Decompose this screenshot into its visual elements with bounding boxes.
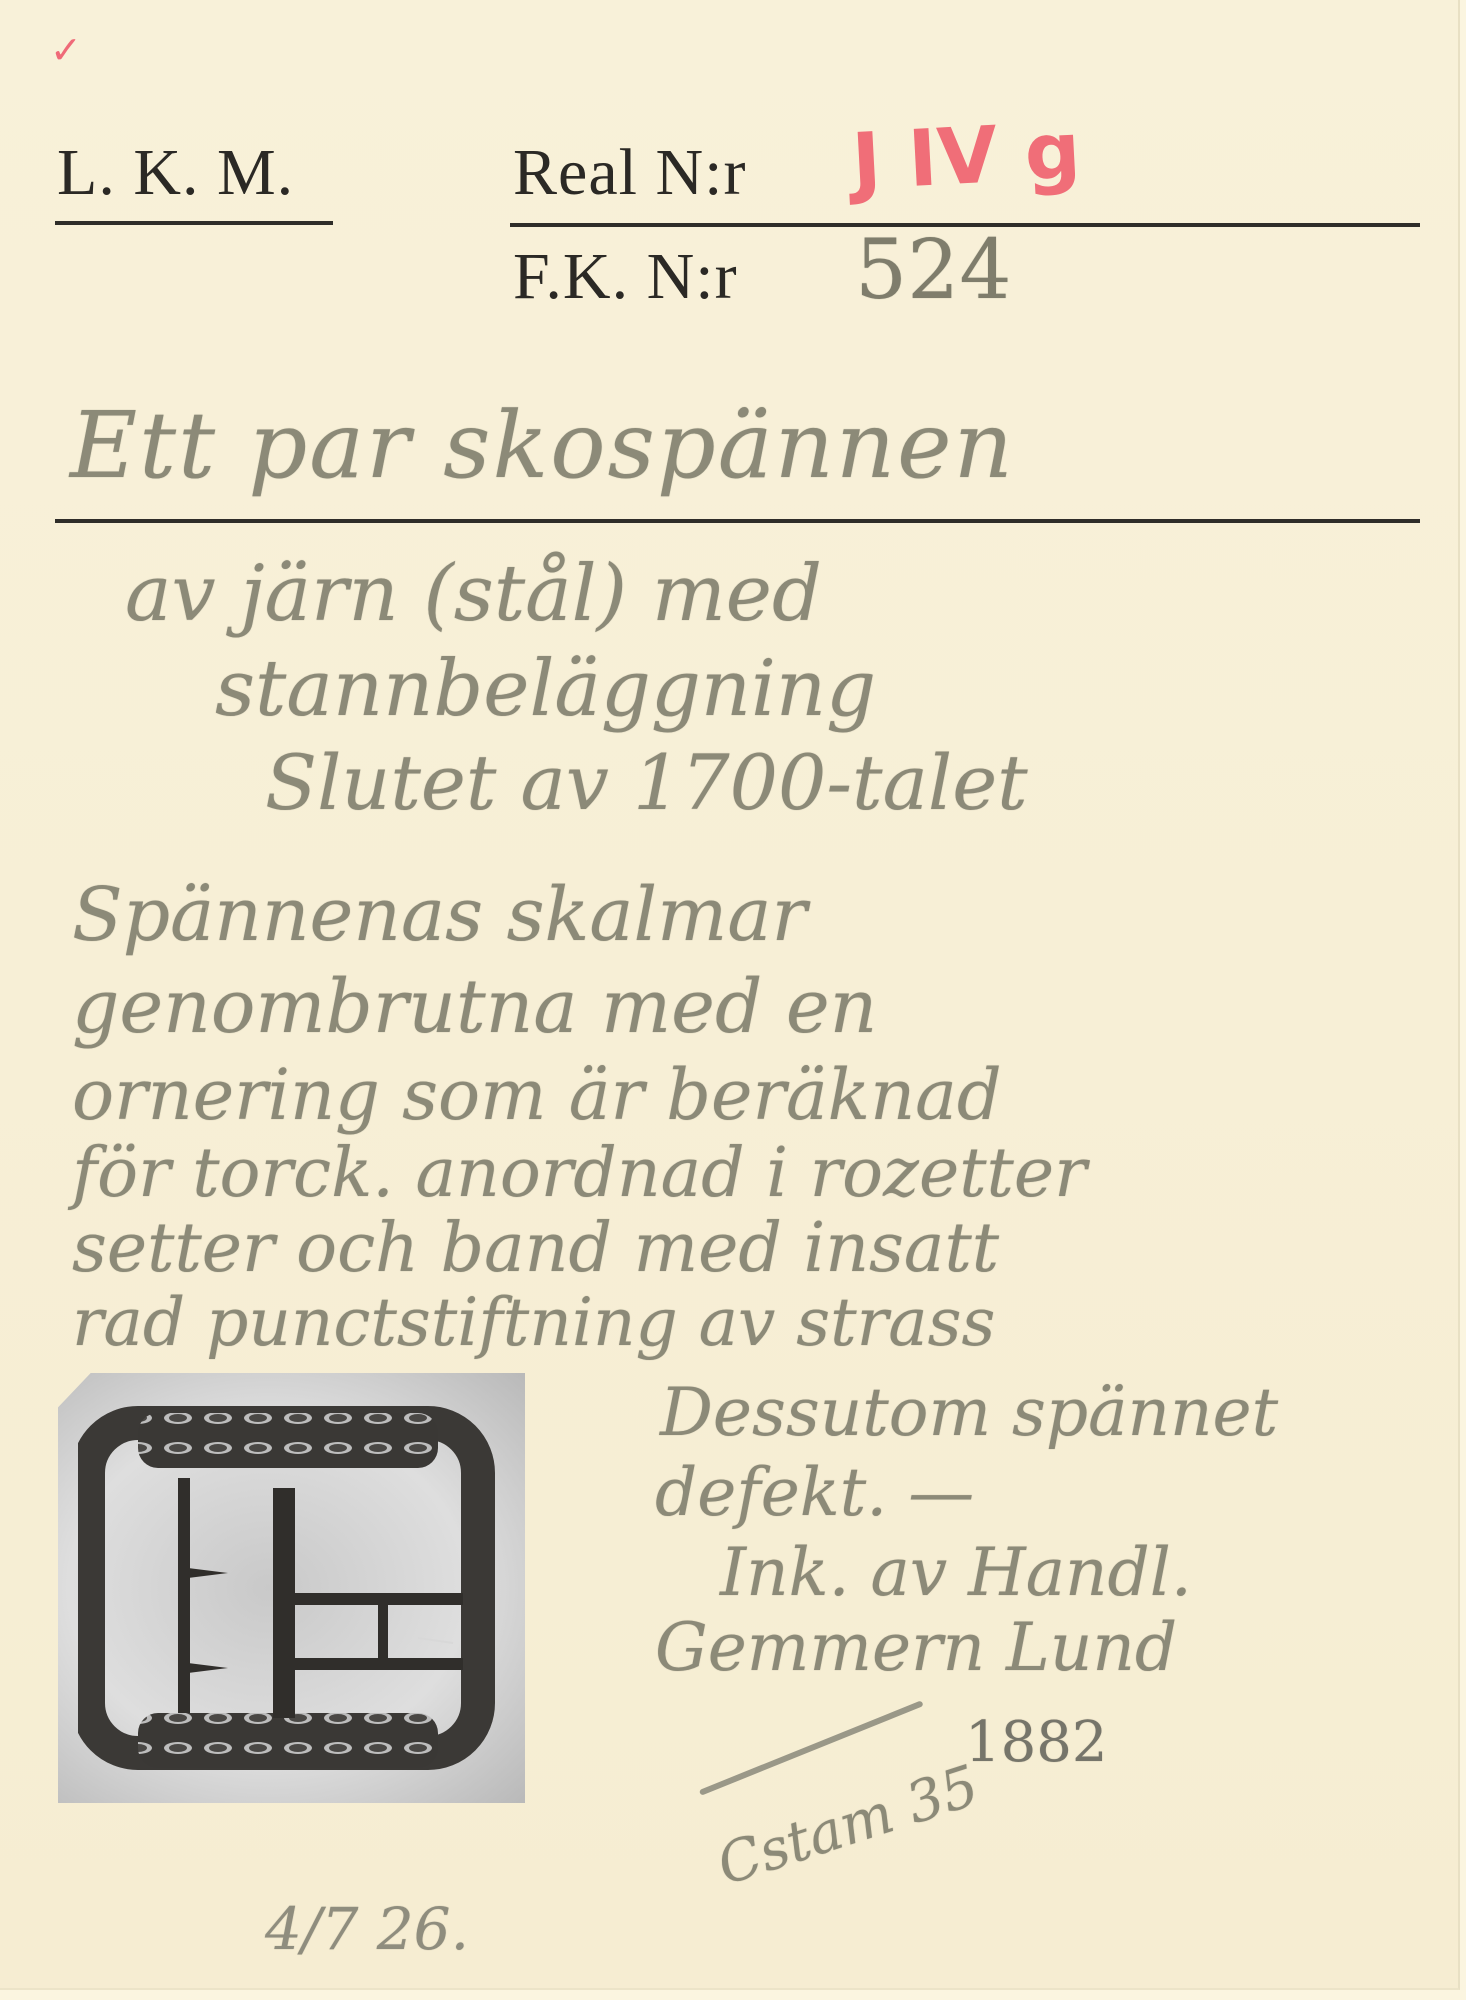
description-line-3: Slutet av 1700-talet	[265, 745, 1028, 821]
notes-line-4: för torck. anordnad i rozetter	[72, 1140, 1087, 1208]
buckle-image-icon	[78, 1403, 498, 1773]
institution-abbrev: L. K. M.	[57, 140, 294, 206]
fk-nr-label: F.K. N:r	[513, 244, 738, 310]
right-note-2: defekt. —	[655, 1460, 974, 1526]
right-note-3: Ink. av Handl.	[720, 1540, 1192, 1606]
red-check-mark-icon: ✓	[50, 28, 82, 72]
year-note: 1882	[965, 1715, 1108, 1771]
object-title: Ett par skospännen	[70, 400, 1015, 492]
right-note-1: Dessutom spännet	[660, 1380, 1278, 1446]
shoe-buckle-photo	[58, 1373, 525, 1803]
notes-line-5: setter och band med insatt	[72, 1215, 999, 1283]
catalogue-card: ✓ L. K. M. Real N:r J IV g F.K. N:r 524 …	[0, 0, 1460, 1990]
signature: Cstam 35	[711, 1758, 985, 1895]
real-nr-value: J IV g	[850, 112, 1082, 202]
notes-line-2: genombrutna med en	[72, 970, 877, 1044]
photo-caption: 4/7 26.	[265, 1900, 469, 1958]
right-note-4: Gemmern Lund	[655, 1615, 1177, 1681]
title-rule	[55, 519, 1420, 523]
description-line-1: av järn (stål) med	[125, 555, 822, 633]
notes-line-6: rad punctstiftning av strass	[72, 1290, 995, 1356]
notes-line-3: ornering som är beräknad	[72, 1060, 1002, 1130]
header-rule-left	[55, 221, 333, 225]
description-line-2: stannbeläggning	[215, 650, 876, 728]
notes-line-1: Spännenas skalmar	[72, 878, 807, 952]
real-nr-label: Real N:r	[513, 140, 746, 206]
fk-nr-value: 524	[855, 230, 1012, 312]
